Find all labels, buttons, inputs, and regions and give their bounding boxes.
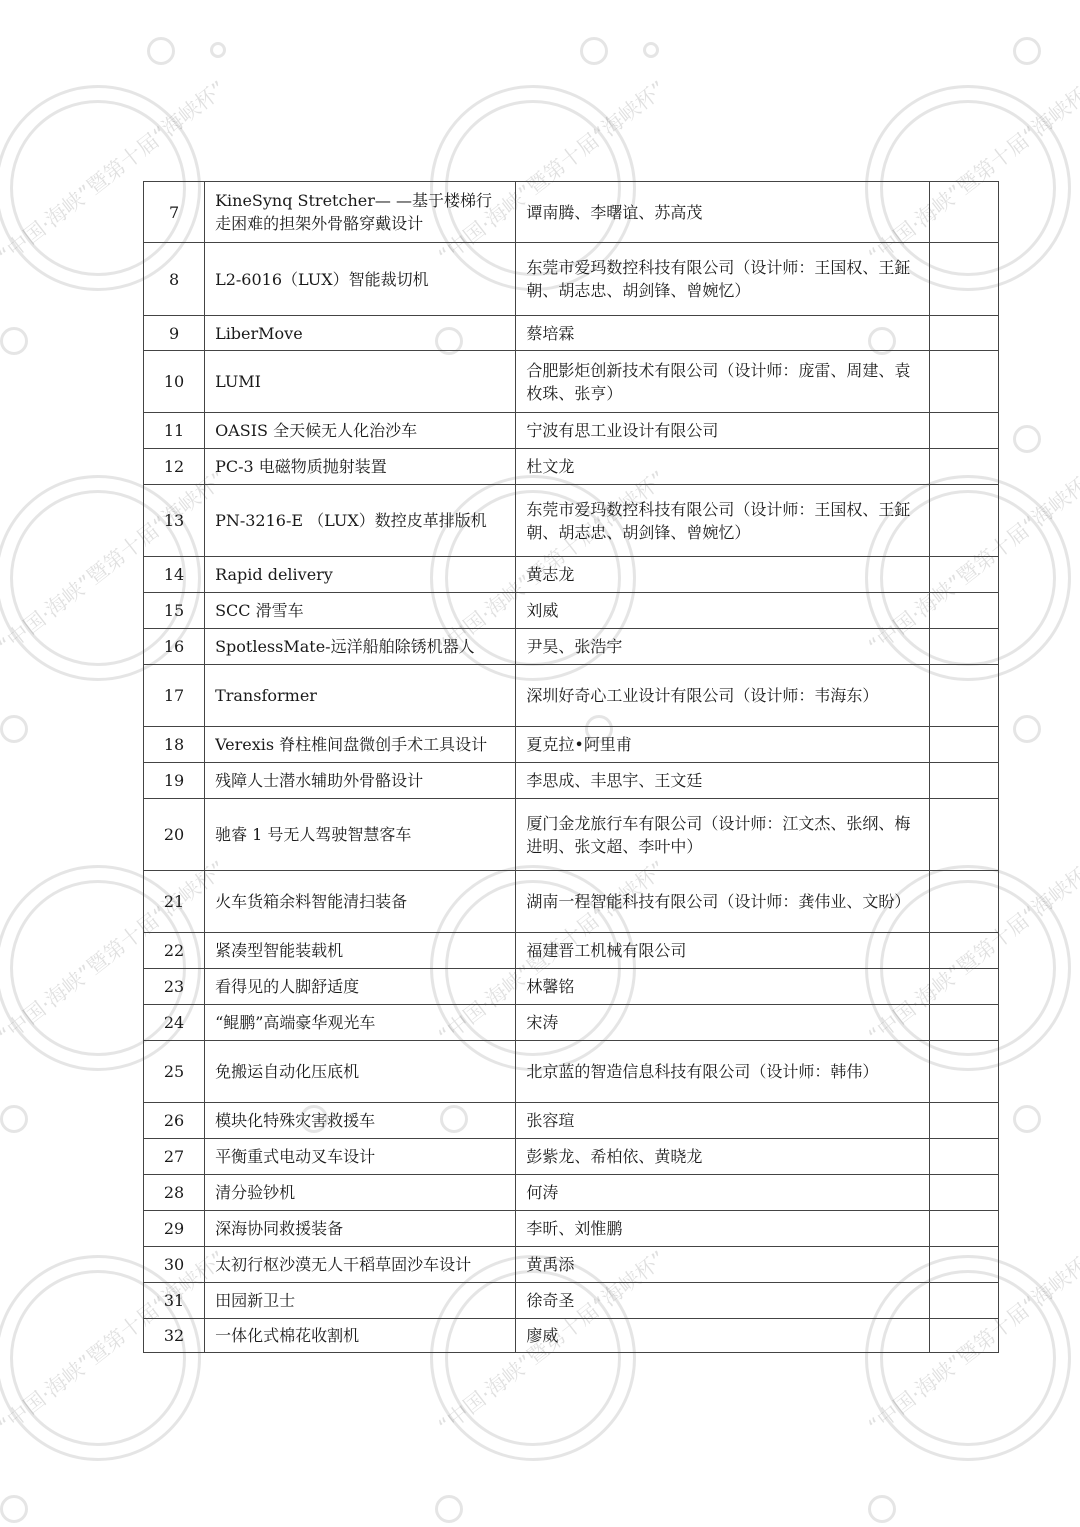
table-row: 8L2-6016（LUX）智能裁切机东莞市爱玛数控科技有限公司（设计师：王国权、… bbox=[144, 243, 999, 316]
author-cell: 深圳好奇心工业设计有限公司（设计师：韦海东） bbox=[516, 665, 929, 727]
author-cell: 杜文龙 bbox=[516, 449, 929, 485]
author-cell: 北京蓝的智造信息科技有限公司（设计师：韩伟） bbox=[516, 1041, 929, 1103]
row-number: 15 bbox=[144, 593, 205, 629]
row-number: 19 bbox=[144, 763, 205, 799]
row-number: 31 bbox=[144, 1283, 205, 1319]
table-row: 21火车货箱余料智能清扫装备湖南一程智能科技有限公司（设计师：龚伟业、文盼） bbox=[144, 871, 999, 933]
author-cell: 彭紫龙、希柏依、黄晓龙 bbox=[516, 1139, 929, 1175]
author-cell: 夏克拉•阿里甫 bbox=[516, 727, 929, 763]
work-title: 火车货箱余料智能清扫装备 bbox=[215, 892, 407, 911]
note-cell bbox=[929, 1041, 998, 1103]
work-title-cell: KineSynq Stretcher— —基于楼梯行走困难的担架外骨骼穿戴设计 bbox=[205, 182, 516, 243]
watermark-circle-icon bbox=[0, 715, 28, 743]
author-cell: 黄禹添 bbox=[516, 1247, 929, 1283]
row-number: 30 bbox=[144, 1247, 205, 1283]
author-cell: 何涛 bbox=[516, 1175, 929, 1211]
note-cell bbox=[929, 1103, 998, 1139]
note-cell bbox=[929, 1005, 998, 1041]
author-cell: 尹昊、张浩宇 bbox=[516, 629, 929, 665]
work-title: LUMI bbox=[215, 372, 261, 391]
table-row: 14Rapid delivery黄志龙 bbox=[144, 557, 999, 593]
watermark-circle-icon bbox=[0, 1105, 28, 1133]
work-title: LiberMove bbox=[215, 324, 303, 343]
row-number: 25 bbox=[144, 1041, 205, 1103]
watermark-circle-icon bbox=[0, 327, 28, 355]
table-row: 9LiberMove蔡培霖 bbox=[144, 316, 999, 351]
work-title: 免搬运自动化压底机 bbox=[215, 1062, 359, 1081]
note-cell bbox=[929, 243, 998, 316]
row-number: 10 bbox=[144, 351, 205, 413]
work-title-cell: PC-3 电磁物质抛射装置 bbox=[205, 449, 516, 485]
row-number: 21 bbox=[144, 871, 205, 933]
author-cell: 宁波有思工业设计有限公司 bbox=[516, 413, 929, 449]
row-number: 29 bbox=[144, 1211, 205, 1247]
note-cell bbox=[929, 1175, 998, 1211]
work-title: PN-3216-E （LUX）数控皮革排版机 bbox=[215, 511, 487, 530]
work-title: 深海协同救援装备 bbox=[215, 1219, 343, 1238]
table-row: 28清分验钞机何涛 bbox=[144, 1175, 999, 1211]
work-title: “鲲鹏”高端豪华观光车 bbox=[215, 1013, 375, 1032]
work-title-cell: LiberMove bbox=[205, 316, 516, 351]
row-number: 16 bbox=[144, 629, 205, 665]
work-title-cell: LUMI bbox=[205, 351, 516, 413]
author-cell: 廖威 bbox=[516, 1319, 929, 1353]
note-cell bbox=[929, 413, 998, 449]
row-number: 24 bbox=[144, 1005, 205, 1041]
work-title: 紧凑型智能装载机 bbox=[215, 941, 343, 960]
work-title: PC-3 电磁物质抛射装置 bbox=[215, 457, 387, 476]
work-title-cell: 太初行枢沙漠无人干稻草固沙车设计 bbox=[205, 1247, 516, 1283]
note-cell bbox=[929, 449, 998, 485]
work-title: 田园新卫士 bbox=[215, 1291, 295, 1310]
author-cell: 东莞市爱玛数控科技有限公司（设计师：王国权、王鉦朝、胡志忠、胡剑锋、曾婉忆） bbox=[516, 243, 929, 316]
work-title-cell: 紧凑型智能装载机 bbox=[205, 933, 516, 969]
work-title-cell: 深海协同救援装备 bbox=[205, 1211, 516, 1247]
author-cell: 林馨铭 bbox=[516, 969, 929, 1005]
table-row: 13PN-3216-E （LUX）数控皮革排版机东莞市爱玛数控科技有限公司（设计… bbox=[144, 485, 999, 557]
author-cell: 黄志龙 bbox=[516, 557, 929, 593]
work-title: 清分验钞机 bbox=[215, 1183, 295, 1202]
work-title-cell: OASIS 全天候无人化治沙车 bbox=[205, 413, 516, 449]
table-row: 32一体化式棉花收割机廖威 bbox=[144, 1319, 999, 1353]
work-title-cell: 残障人士潜水辅助外骨骼设计 bbox=[205, 763, 516, 799]
row-number: 7 bbox=[144, 182, 205, 243]
note-cell bbox=[929, 593, 998, 629]
table-row: 10LUMI合肥影炬创新技术有限公司（设计师：庞雷、周建、袁枚珠、张亨） bbox=[144, 351, 999, 413]
work-title-cell: 平衡重式电动叉车设计 bbox=[205, 1139, 516, 1175]
author-cell: 张容瑄 bbox=[516, 1103, 929, 1139]
note-cell bbox=[929, 351, 998, 413]
work-title: SCC 滑雪车 bbox=[215, 601, 304, 620]
note-cell bbox=[929, 933, 998, 969]
work-title-cell: SpotlessMate-远洋船舶除锈机器人 bbox=[205, 629, 516, 665]
note-cell bbox=[929, 871, 998, 933]
work-title-cell: 田园新卫士 bbox=[205, 1283, 516, 1319]
row-number: 20 bbox=[144, 799, 205, 871]
note-cell bbox=[929, 763, 998, 799]
row-number: 11 bbox=[144, 413, 205, 449]
work-title: OASIS 全天候无人化治沙车 bbox=[215, 421, 417, 440]
row-number: 32 bbox=[144, 1319, 205, 1353]
work-title-cell: Transformer bbox=[205, 665, 516, 727]
row-number: 13 bbox=[144, 485, 205, 557]
work-title: 看得见的人脚舒适度 bbox=[215, 977, 359, 996]
row-number: 18 bbox=[144, 727, 205, 763]
work-title-cell: 一体化式棉花收割机 bbox=[205, 1319, 516, 1353]
author-cell: 蔡培霖 bbox=[516, 316, 929, 351]
work-title: Transformer bbox=[215, 686, 317, 705]
note-cell bbox=[929, 1247, 998, 1283]
row-number: 28 bbox=[144, 1175, 205, 1211]
author-cell: 李思成、丰思宇、王文廷 bbox=[516, 763, 929, 799]
author-cell: 东莞市爱玛数控科技有限公司（设计师：王国权、王鉦朝、胡志忠、胡剑锋、曾婉忆） bbox=[516, 485, 929, 557]
table-row: 27平衡重式电动叉车设计彭紫龙、希柏依、黄晓龙 bbox=[144, 1139, 999, 1175]
work-title-cell: “鲲鹏”高端豪华观光车 bbox=[205, 1005, 516, 1041]
author-cell: 福建晋工机械有限公司 bbox=[516, 933, 929, 969]
table-row: 7KineSynq Stretcher— —基于楼梯行走困难的担架外骨骼穿戴设计… bbox=[144, 182, 999, 243]
watermark-circle-icon bbox=[580, 37, 608, 65]
award-list-table: 7KineSynq Stretcher— —基于楼梯行走困难的担架外骨骼穿戴设计… bbox=[143, 181, 999, 1353]
watermark-circle-icon bbox=[210, 42, 226, 58]
work-title: 平衡重式电动叉车设计 bbox=[215, 1147, 375, 1166]
watermark-circle-icon bbox=[0, 1495, 28, 1523]
note-cell bbox=[929, 799, 998, 871]
watermark-circle-icon bbox=[147, 37, 175, 65]
work-title: 残障人士潜水辅助外骨骼设计 bbox=[215, 771, 423, 790]
note-cell bbox=[929, 182, 998, 243]
row-number: 12 bbox=[144, 449, 205, 485]
watermark-circle-icon bbox=[643, 42, 659, 58]
watermark-circle-icon bbox=[1013, 425, 1041, 453]
row-number: 8 bbox=[144, 243, 205, 316]
table-row: 22紧凑型智能装载机福建晋工机械有限公司 bbox=[144, 933, 999, 969]
work-title: 一体化式棉花收割机 bbox=[215, 1326, 359, 1345]
watermark-circle-icon bbox=[435, 1495, 463, 1523]
work-title-cell: Rapid delivery bbox=[205, 557, 516, 593]
note-cell bbox=[929, 485, 998, 557]
work-title-cell: PN-3216-E （LUX）数控皮革排版机 bbox=[205, 485, 516, 557]
award-list-body: 7KineSynq Stretcher— —基于楼梯行走困难的担架外骨骼穿戴设计… bbox=[144, 182, 999, 1353]
author-cell: 厦门金龙旅行车有限公司（设计师：江文杰、张纲、梅进明、张文超、李叶中） bbox=[516, 799, 929, 871]
watermark-circle-icon bbox=[1013, 715, 1041, 743]
row-number: 26 bbox=[144, 1103, 205, 1139]
note-cell bbox=[929, 1139, 998, 1175]
work-title: KineSynq Stretcher— —基于楼梯行走困难的担架外骨骼穿戴设计 bbox=[215, 191, 492, 233]
work-title-cell: 清分验钞机 bbox=[205, 1175, 516, 1211]
work-title: 模块化特殊灾害救援车 bbox=[215, 1111, 375, 1130]
watermark-circle-icon bbox=[1013, 1105, 1041, 1133]
work-title: Rapid delivery bbox=[215, 565, 333, 584]
author-cell: 谭南腾、李曙谊、苏高茂 bbox=[516, 182, 929, 243]
table-row: 30太初行枢沙漠无人干稻草固沙车设计黄禹添 bbox=[144, 1247, 999, 1283]
work-title-cell: 免搬运自动化压底机 bbox=[205, 1041, 516, 1103]
note-cell bbox=[929, 727, 998, 763]
author-cell: 宋涛 bbox=[516, 1005, 929, 1041]
work-title-cell: 看得见的人脚舒适度 bbox=[205, 969, 516, 1005]
table-row: 29深海协同救援装备李昕、刘惟鹏 bbox=[144, 1211, 999, 1247]
table-row: 25免搬运自动化压底机北京蓝的智造信息科技有限公司（设计师：韩伟） bbox=[144, 1041, 999, 1103]
row-number: 17 bbox=[144, 665, 205, 727]
note-cell bbox=[929, 1283, 998, 1319]
work-title-cell: 火车货箱余料智能清扫装备 bbox=[205, 871, 516, 933]
watermark-circle-icon bbox=[868, 1495, 896, 1523]
note-cell bbox=[929, 629, 998, 665]
work-title-cell: 模块化特殊灾害救援车 bbox=[205, 1103, 516, 1139]
work-title-cell: L2-6016（LUX）智能裁切机 bbox=[205, 243, 516, 316]
table-row: 17Transformer深圳好奇心工业设计有限公司（设计师：韦海东） bbox=[144, 665, 999, 727]
table-row: 24“鲲鹏”高端豪华观光车宋涛 bbox=[144, 1005, 999, 1041]
note-cell bbox=[929, 316, 998, 351]
work-title: 太初行枢沙漠无人干稻草固沙车设计 bbox=[215, 1255, 471, 1274]
work-title-cell: SCC 滑雪车 bbox=[205, 593, 516, 629]
author-cell: 刘威 bbox=[516, 593, 929, 629]
work-title-cell: 驰睿 1 号无人驾驶智慧客车 bbox=[205, 799, 516, 871]
note-cell bbox=[929, 665, 998, 727]
author-cell: 湖南一程智能科技有限公司（设计师：龚伟业、文盼） bbox=[516, 871, 929, 933]
table-row: 15SCC 滑雪车刘威 bbox=[144, 593, 999, 629]
row-number: 9 bbox=[144, 316, 205, 351]
table-row: 31田园新卫士徐奇圣 bbox=[144, 1283, 999, 1319]
table-row: 11OASIS 全天候无人化治沙车宁波有思工业设计有限公司 bbox=[144, 413, 999, 449]
table-row: 20驰睿 1 号无人驾驶智慧客车厦门金龙旅行车有限公司（设计师：江文杰、张纲、梅… bbox=[144, 799, 999, 871]
work-title: SpotlessMate-远洋船舶除锈机器人 bbox=[215, 637, 475, 656]
watermark-circle-icon bbox=[1013, 37, 1041, 65]
row-number: 14 bbox=[144, 557, 205, 593]
author-cell: 李昕、刘惟鹏 bbox=[516, 1211, 929, 1247]
note-cell bbox=[929, 557, 998, 593]
work-title: 驰睿 1 号无人驾驶智慧客车 bbox=[215, 825, 411, 844]
table-row: 23看得见的人脚舒适度林馨铭 bbox=[144, 969, 999, 1005]
row-number: 23 bbox=[144, 969, 205, 1005]
note-cell bbox=[929, 969, 998, 1005]
author-cell: 合肥影炬创新技术有限公司（设计师：庞雷、周建、袁枚珠、张亨） bbox=[516, 351, 929, 413]
work-title: L2-6016（LUX）智能裁切机 bbox=[215, 270, 429, 289]
note-cell bbox=[929, 1319, 998, 1353]
row-number: 27 bbox=[144, 1139, 205, 1175]
table-row: 12PC-3 电磁物质抛射装置杜文龙 bbox=[144, 449, 999, 485]
author-cell: 徐奇圣 bbox=[516, 1283, 929, 1319]
work-title-cell: Verexis 脊柱椎间盘微创手术工具设计 bbox=[205, 727, 516, 763]
work-title: Verexis 脊柱椎间盘微创手术工具设计 bbox=[215, 733, 505, 756]
table-row: 19残障人士潜水辅助外骨骼设计李思成、丰思宇、王文廷 bbox=[144, 763, 999, 799]
table-row: 16SpotlessMate-远洋船舶除锈机器人尹昊、张浩宇 bbox=[144, 629, 999, 665]
note-cell bbox=[929, 1211, 998, 1247]
table-row: 26模块化特殊灾害救援车张容瑄 bbox=[144, 1103, 999, 1139]
table-row: 18Verexis 脊柱椎间盘微创手术工具设计夏克拉•阿里甫 bbox=[144, 727, 999, 763]
row-number: 22 bbox=[144, 933, 205, 969]
